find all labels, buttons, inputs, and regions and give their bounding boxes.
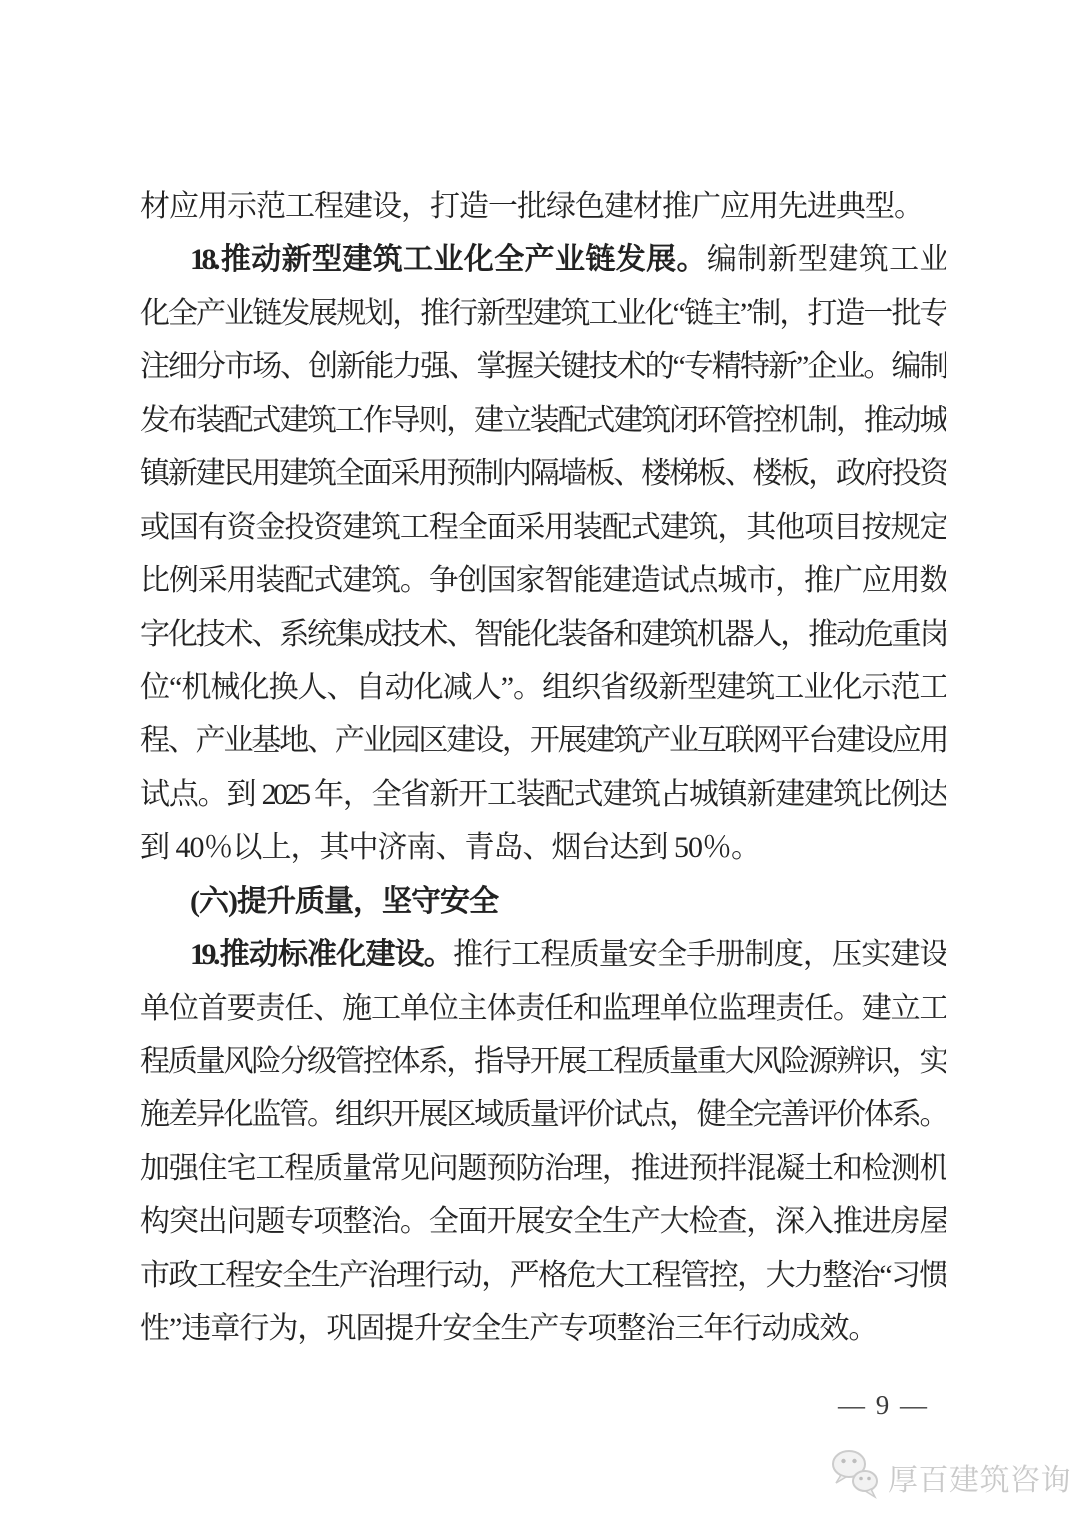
bold-text-segment: 18.推动新型建筑工业化全产业链发展。 — [190, 243, 707, 276]
watermark-text: 厚百建筑咨询 — [888, 1455, 1071, 1499]
text-segment: 试点。到 2025 年，全省新开工装配式建筑占城镇新建建筑比例达 — [140, 778, 946, 811]
text-line: 18.推动新型建筑工业化全产业链发展。编制新型建筑工业 — [140, 233, 946, 286]
text-line: (六)提升质量，坚守安全 — [140, 875, 946, 928]
wechat-icon — [830, 1448, 880, 1505]
text-line: 或国有资金投资建筑工程全面采用装配式建筑，其他项目按规定 — [140, 501, 946, 554]
text-line: 比例采用装配式建筑。争创国家智能建造试点城市，推广应用数 — [140, 554, 946, 607]
text-line: 市政工程安全生产治理行动，严格危大工程管控，大力整治“习惯 — [140, 1249, 946, 1302]
text-line: 镇新建民用建筑全面采用预制内隔墙板、楼梯板、楼板，政府投资 — [140, 447, 946, 500]
text-line: 加强住宅工程质量常见问题预防治理，推进预拌混凝土和检测机 — [140, 1142, 946, 1195]
text-segment: 比例采用装配式建筑。争创国家智能建造试点城市，推广应用数 — [140, 564, 946, 597]
text-segment: 化全产业链发展规划，推行新型建筑工业化“链主”制，打造一批专 — [140, 297, 946, 330]
text-segment: 发布装配式建筑工作导则，建立装配式建筑闭环管控机制，推动城 — [140, 404, 946, 437]
text-line: 到 40％以上，其中济南、青岛、烟台达到 50％。 — [140, 821, 946, 874]
text-segment: 到 40％以上，其中济南、青岛、烟台达到 50％。 — [140, 831, 760, 864]
text-segment: 程质量风险分级管控体系，指导开展工程质量重大风险源辨识，实 — [140, 1045, 946, 1078]
text-line: 单位首要责任、施工单位主体责任和监理单位监理责任。建立工 — [140, 982, 946, 1035]
text-line: 程质量风险分级管控体系，指导开展工程质量重大风险源辨识，实 — [140, 1035, 946, 1088]
text-segment: 字化技术、系统集成技术、智能化装备和建筑机器人，推动危重岗 — [140, 618, 946, 651]
text-line: 施差异化监管。组织开展区域质量评价试点，健全完善评价体系。 — [140, 1088, 946, 1141]
text-segment: 程、产业基地、产业园区建设，开展建筑产业互联网平台建设应用 — [140, 724, 946, 757]
text-line: 注细分市场、创新能力强、掌握关键技术的“专精特新”企业。编制 — [140, 340, 946, 393]
text-segment: 注细分市场、创新能力强、掌握关键技术的“专精特新”企业。编制 — [140, 350, 946, 383]
page-number: — 9 — — [838, 1390, 929, 1421]
text-line: 试点。到 2025 年，全省新开工装配式建筑占城镇新建建筑比例达 — [140, 768, 946, 821]
text-segment: 施差异化监管。组织开展区域质量评价试点，健全完善评价体系。 — [140, 1098, 946, 1131]
text-line: 材应用示范工程建设，打造一批绿色建材推广应用先进典型。 — [140, 180, 946, 233]
text-segment: 市政工程安全生产治理行动，严格危大工程管控，大力整治“习惯 — [140, 1259, 946, 1292]
text-segment: 加强住宅工程质量常见问题预防治理，推进预拌混凝土和检测机 — [140, 1152, 946, 1185]
text-segment: 编制新型建筑工业 — [707, 243, 946, 276]
text-line: 性”违章行为，巩固提升安全生产专项整治三年行动成效。 — [140, 1302, 946, 1355]
text-line: 发布装配式建筑工作导则，建立装配式建筑闭环管控机制，推动城 — [140, 394, 946, 447]
text-line: 化全产业链发展规划，推行新型建筑工业化“链主”制，打造一批专 — [140, 287, 946, 340]
text-segment: 单位首要责任、施工单位主体责任和监理单位监理责任。建立工 — [140, 992, 946, 1025]
text-segment: 镇新建民用建筑全面采用预制内隔墙板、楼梯板、楼板，政府投资 — [140, 457, 946, 490]
text-segment: 位“机械化换人、自动化减人”。组织省级新型建筑工业化示范工 — [140, 671, 946, 704]
text-segment: 性”违章行为，巩固提升安全生产专项整治三年行动成效。 — [140, 1312, 877, 1345]
bold-text-segment: (六)提升质量，坚守安全 — [190, 885, 498, 918]
text-segment: 材应用示范工程建设，打造一批绿色建材推广应用先进典型。 — [140, 190, 923, 223]
text-line: 构突出问题专项整治。全面开展安全生产大检查，深入推进房屋 — [140, 1195, 946, 1248]
text-segment: 构突出问题专项整治。全面开展安全生产大检查，深入推进房屋 — [140, 1205, 946, 1238]
text-segment: 推行工程质量安全手册制度，压实建设 — [453, 938, 946, 971]
text-line: 字化技术、系统集成技术、智能化装备和建筑机器人，推动危重岗 — [140, 608, 946, 661]
watermark: 厚百建筑咨询 — [830, 1448, 1071, 1505]
text-segment: 或国有资金投资建筑工程全面采用装配式建筑，其他项目按规定 — [140, 511, 946, 544]
document-page: 材应用示范工程建设，打造一批绿色建材推广应用先进典型。18.推动新型建筑工业化全… — [0, 0, 1080, 1527]
bold-text-segment: 19.推动标准化建设。 — [190, 938, 453, 971]
text-line: 位“机械化换人、自动化减人”。组织省级新型建筑工业化示范工 — [140, 661, 946, 714]
document-body: 材应用示范工程建设，打造一批绿色建材推广应用先进典型。18.推动新型建筑工业化全… — [140, 180, 946, 1356]
text-line: 19.推动标准化建设。推行工程质量安全手册制度，压实建设 — [140, 928, 946, 981]
text-line: 程、产业基地、产业园区建设，开展建筑产业互联网平台建设应用 — [140, 714, 946, 767]
